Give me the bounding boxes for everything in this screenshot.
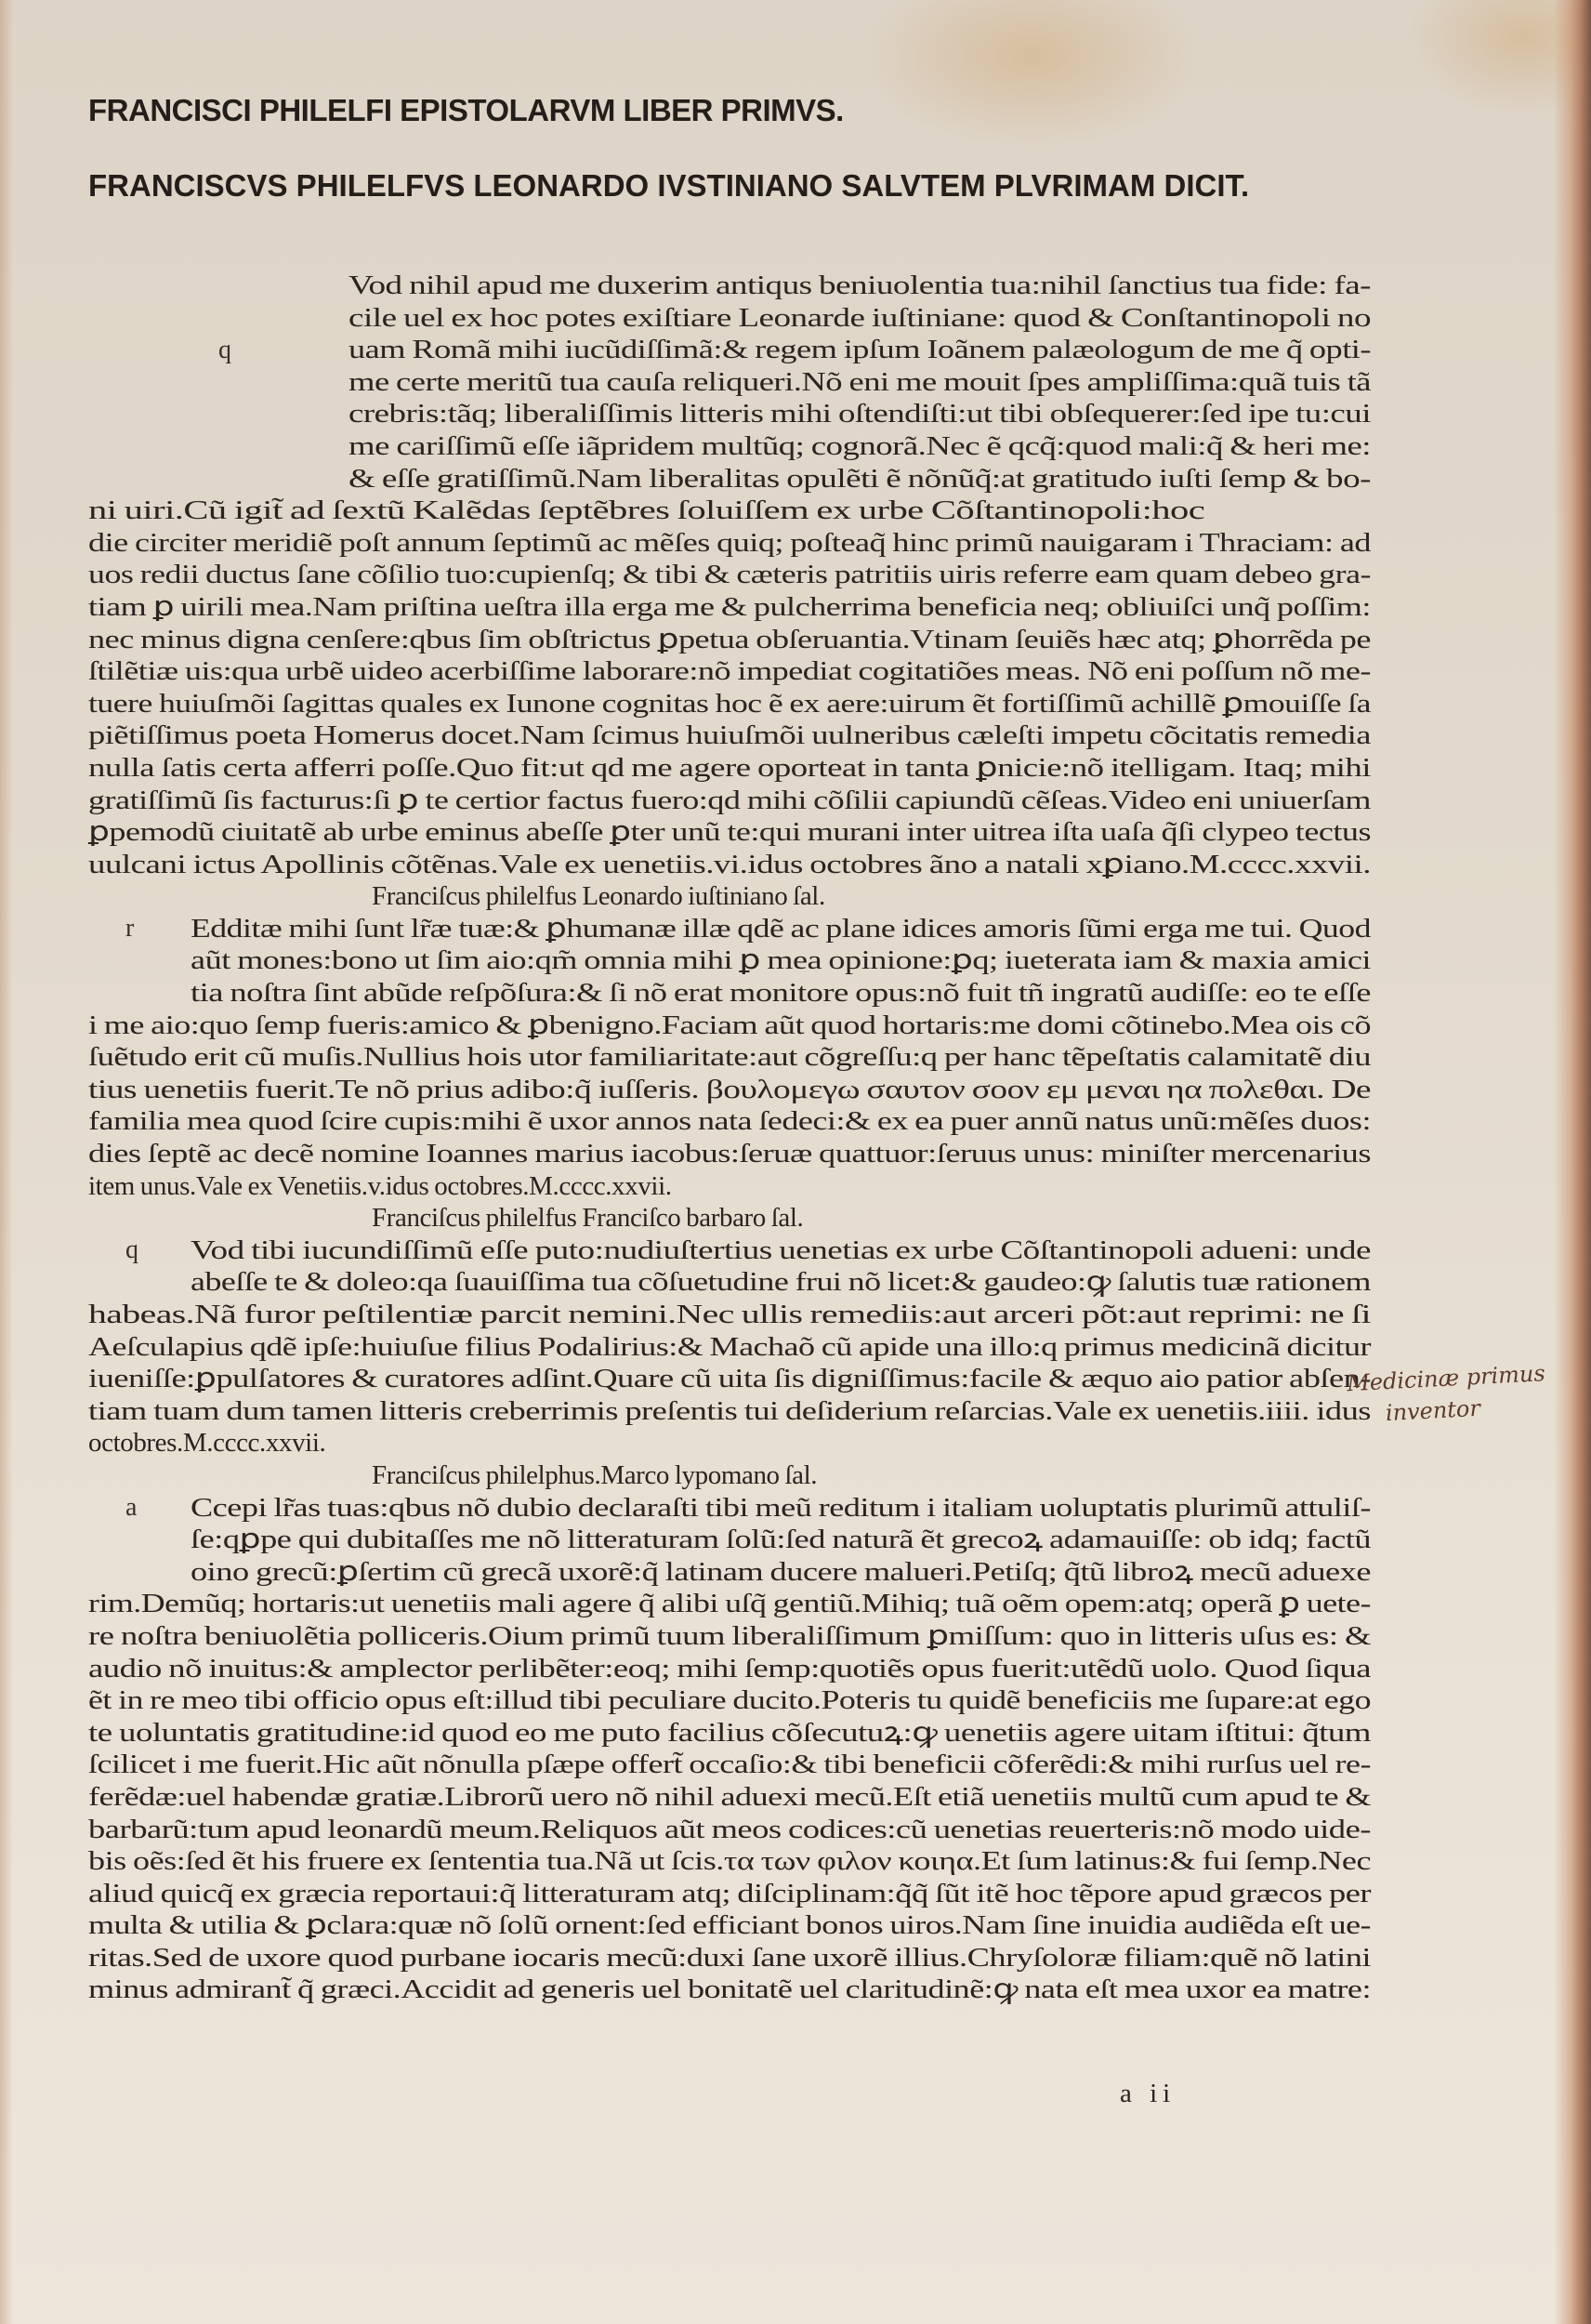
text-line: ꝑpemodũ ciuitatẽ ab urbe eminus abeſſe ꝑ… [88, 816, 1591, 849]
marginal-manuscript-note: Medicinæ primus inventor [1346, 1356, 1571, 1431]
text-line: cile uel ex hoc potes exiſtiare Leonarde… [15, 302, 1591, 335]
text-line: tiam ꝑ uirili mea.Nam priſtina ueſtra il… [88, 591, 1591, 624]
text-line: abeſſe te & doleo:qa ſuauiſſima tua cõſu… [64, 1266, 1591, 1299]
text-line: ni uiri.Cũ igit̃ ad ſextũ Kalẽdas ſeptẽb… [88, 495, 1591, 527]
text-line: uos redii ductus ſane cõſilio tuo:cupien… [88, 559, 1591, 591]
text-line: piẽtiſſimus poeta Homerus docet.Nam ſcim… [88, 720, 1591, 752]
text-line: gratiſſimũ ſis facturus:ſi ꝑ te certior … [88, 785, 1591, 817]
text-line: barbarũ:tum apud leonardũ meum.Reliquos … [88, 1814, 1591, 1846]
text-line: & eſſe gratiſſimũ.Nam liberalitas opulẽt… [16, 463, 1591, 495]
text-line: familia mea quod ſcire cupis:mihi ẽ uxor… [88, 1105, 1591, 1138]
text-line: rim.Demũq; hortaris:ut uenetiis mali age… [88, 1588, 1591, 1620]
text-line: aũt mones:bono ut ſim aio:qm̃ omnia mihi… [63, 944, 1591, 977]
text-line: te uoluntatis gratitudine:id quod eo me … [88, 1717, 1591, 1750]
text-line: Ccepi lr̃as tuas:qbus nõ dubio declaraſt… [63, 1492, 1591, 1525]
letter-salutation: Franciſcus philelfus Franciſco barbaro ſ… [88, 1202, 1371, 1235]
letter-salutation: Franciſcus philelfus Leonardo iuſtiniano… [88, 880, 1371, 913]
text-line: habeas.Nã furor peſtilentiæ parcit nemin… [88, 1299, 1591, 1331]
text-line: multa & utilia & ꝑclara:quæ nõ ſolũ orne… [88, 1909, 1591, 1942]
text-line: tuere huiuſmõi ſagittas quales ex Iunone… [88, 688, 1591, 720]
text-line: i me aio:quo ſemp fueris:amico & ꝑbenign… [88, 1010, 1591, 1042]
text-line: me certe meritũ tua cauſa reliqueri.Nõ e… [20, 366, 1591, 399]
text-line: me cariſſimũ eſſe iãpridem multũq; cogno… [19, 430, 1591, 463]
text-line: octobres.M.cccc.xxvii. [88, 1427, 1371, 1459]
text-line: uam Romã mihi iucũdiſſimã:& regem ipſum … [22, 334, 1591, 366]
text-line: item unus.Vale ex Venetiis.v.idus octobr… [88, 1170, 1371, 1203]
signature-mark: a ii [1120, 2079, 1176, 2109]
text-line: ſe:qꝑpe qui dubitaſſes me nõ litteratura… [62, 1524, 1591, 1556]
letter-title: FRANCISCVS PHILELFVS LEONARDO IVSTINIANO… [88, 165, 1361, 206]
text-line: Aeſculapius qdẽ ipſe:huiuſue filius Poda… [88, 1331, 1591, 1364]
initial-guide-letter: q [218, 335, 231, 367]
running-head: FRANCISCI PHILELFI EPISTOLARVM LIBER PRI… [88, 93, 844, 128]
text-line: dies ſeptẽ ac decẽ nomine Ioannes marius… [88, 1138, 1591, 1170]
text-line: tia noſtra ſint abũde reſpõſura:& ſi nõ … [61, 977, 1591, 1010]
text-line: uulcani ictus Apollinis cõtẽnas.Vale ex … [88, 849, 1591, 881]
text-line: ſuẽtudo erit cũ muſis.Nullius hois utor … [88, 1041, 1591, 1074]
text-line: ſtilẽtiæ uis:qua urbẽ uideo acerbiſſime … [88, 655, 1591, 688]
text-line: minus admirant̃ q̃ græci.Accidit ad gene… [88, 1974, 1591, 2006]
initial-guide-letter: q [125, 1235, 138, 1267]
text-line: Vod tibi iucundiſſimũ eſſe puto:nudiuſte… [59, 1235, 1591, 1267]
text-line: tius uenetiis fuerit.Te nõ prius adibo:q… [88, 1074, 1591, 1106]
text-line: aliud quicq̃ ex græcia reportaui:q̃ litt… [88, 1878, 1591, 1910]
initial-guide-letter: r [125, 913, 134, 945]
text-line: audio nõ inuitus:& amplector perlibẽter:… [88, 1653, 1591, 1685]
text-line: ferẽdæ:uel habendæ gratiæ.Librorũ uero n… [88, 1781, 1591, 1814]
text-line: oino grecũ:ꝑſertim cũ grecã uxorẽ:q̃ lat… [62, 1556, 1591, 1589]
text-line: re noſtra beniuolẽtia polliceris.Oium pr… [88, 1620, 1591, 1653]
text-line: nulla ſatis certa afferri poſſe.Quo fit:… [88, 752, 1591, 785]
text-line: crebris:tãq; liberaliſſimis litteris mih… [18, 398, 1591, 430]
text-line: Vod nihil apud me duxerim antiqus beniuo… [16, 270, 1591, 302]
text-line: bis oẽs:ſed ẽt his fruere ex ſententia t… [88, 1845, 1591, 1878]
letter-salutation: Franciſcus philelphus.Marco lypomano ſal… [88, 1459, 1371, 1492]
text-line: die circiter meridiẽ poſt annum ſeptimũ … [88, 527, 1591, 560]
text-line: nec minus digna cenſere:qbus ſim obſtric… [88, 624, 1591, 656]
text-line: ritas.Sed de uxore quod purbane iocaris … [88, 1942, 1591, 1974]
text-line: ſcilicet i me fuerit.Hic aũt nõnulla pſæ… [88, 1749, 1591, 1781]
letters-text-block: Vod nihil apud me duxerim antiqus beniuo… [88, 270, 1371, 2006]
page-left-edge [0, 0, 13, 2324]
text-line: ẽt in re meo tibi officio opus eſt:illud… [88, 1684, 1591, 1717]
initial-guide-letter: a [125, 1492, 137, 1525]
text-line: Edditæ mihi ſunt lr̃æ tuæ:& ꝑhumanæ illæ… [65, 913, 1591, 945]
book-page: FRANCISCI PHILELFI EPISTOLARVM LIBER PRI… [0, 0, 1591, 2324]
